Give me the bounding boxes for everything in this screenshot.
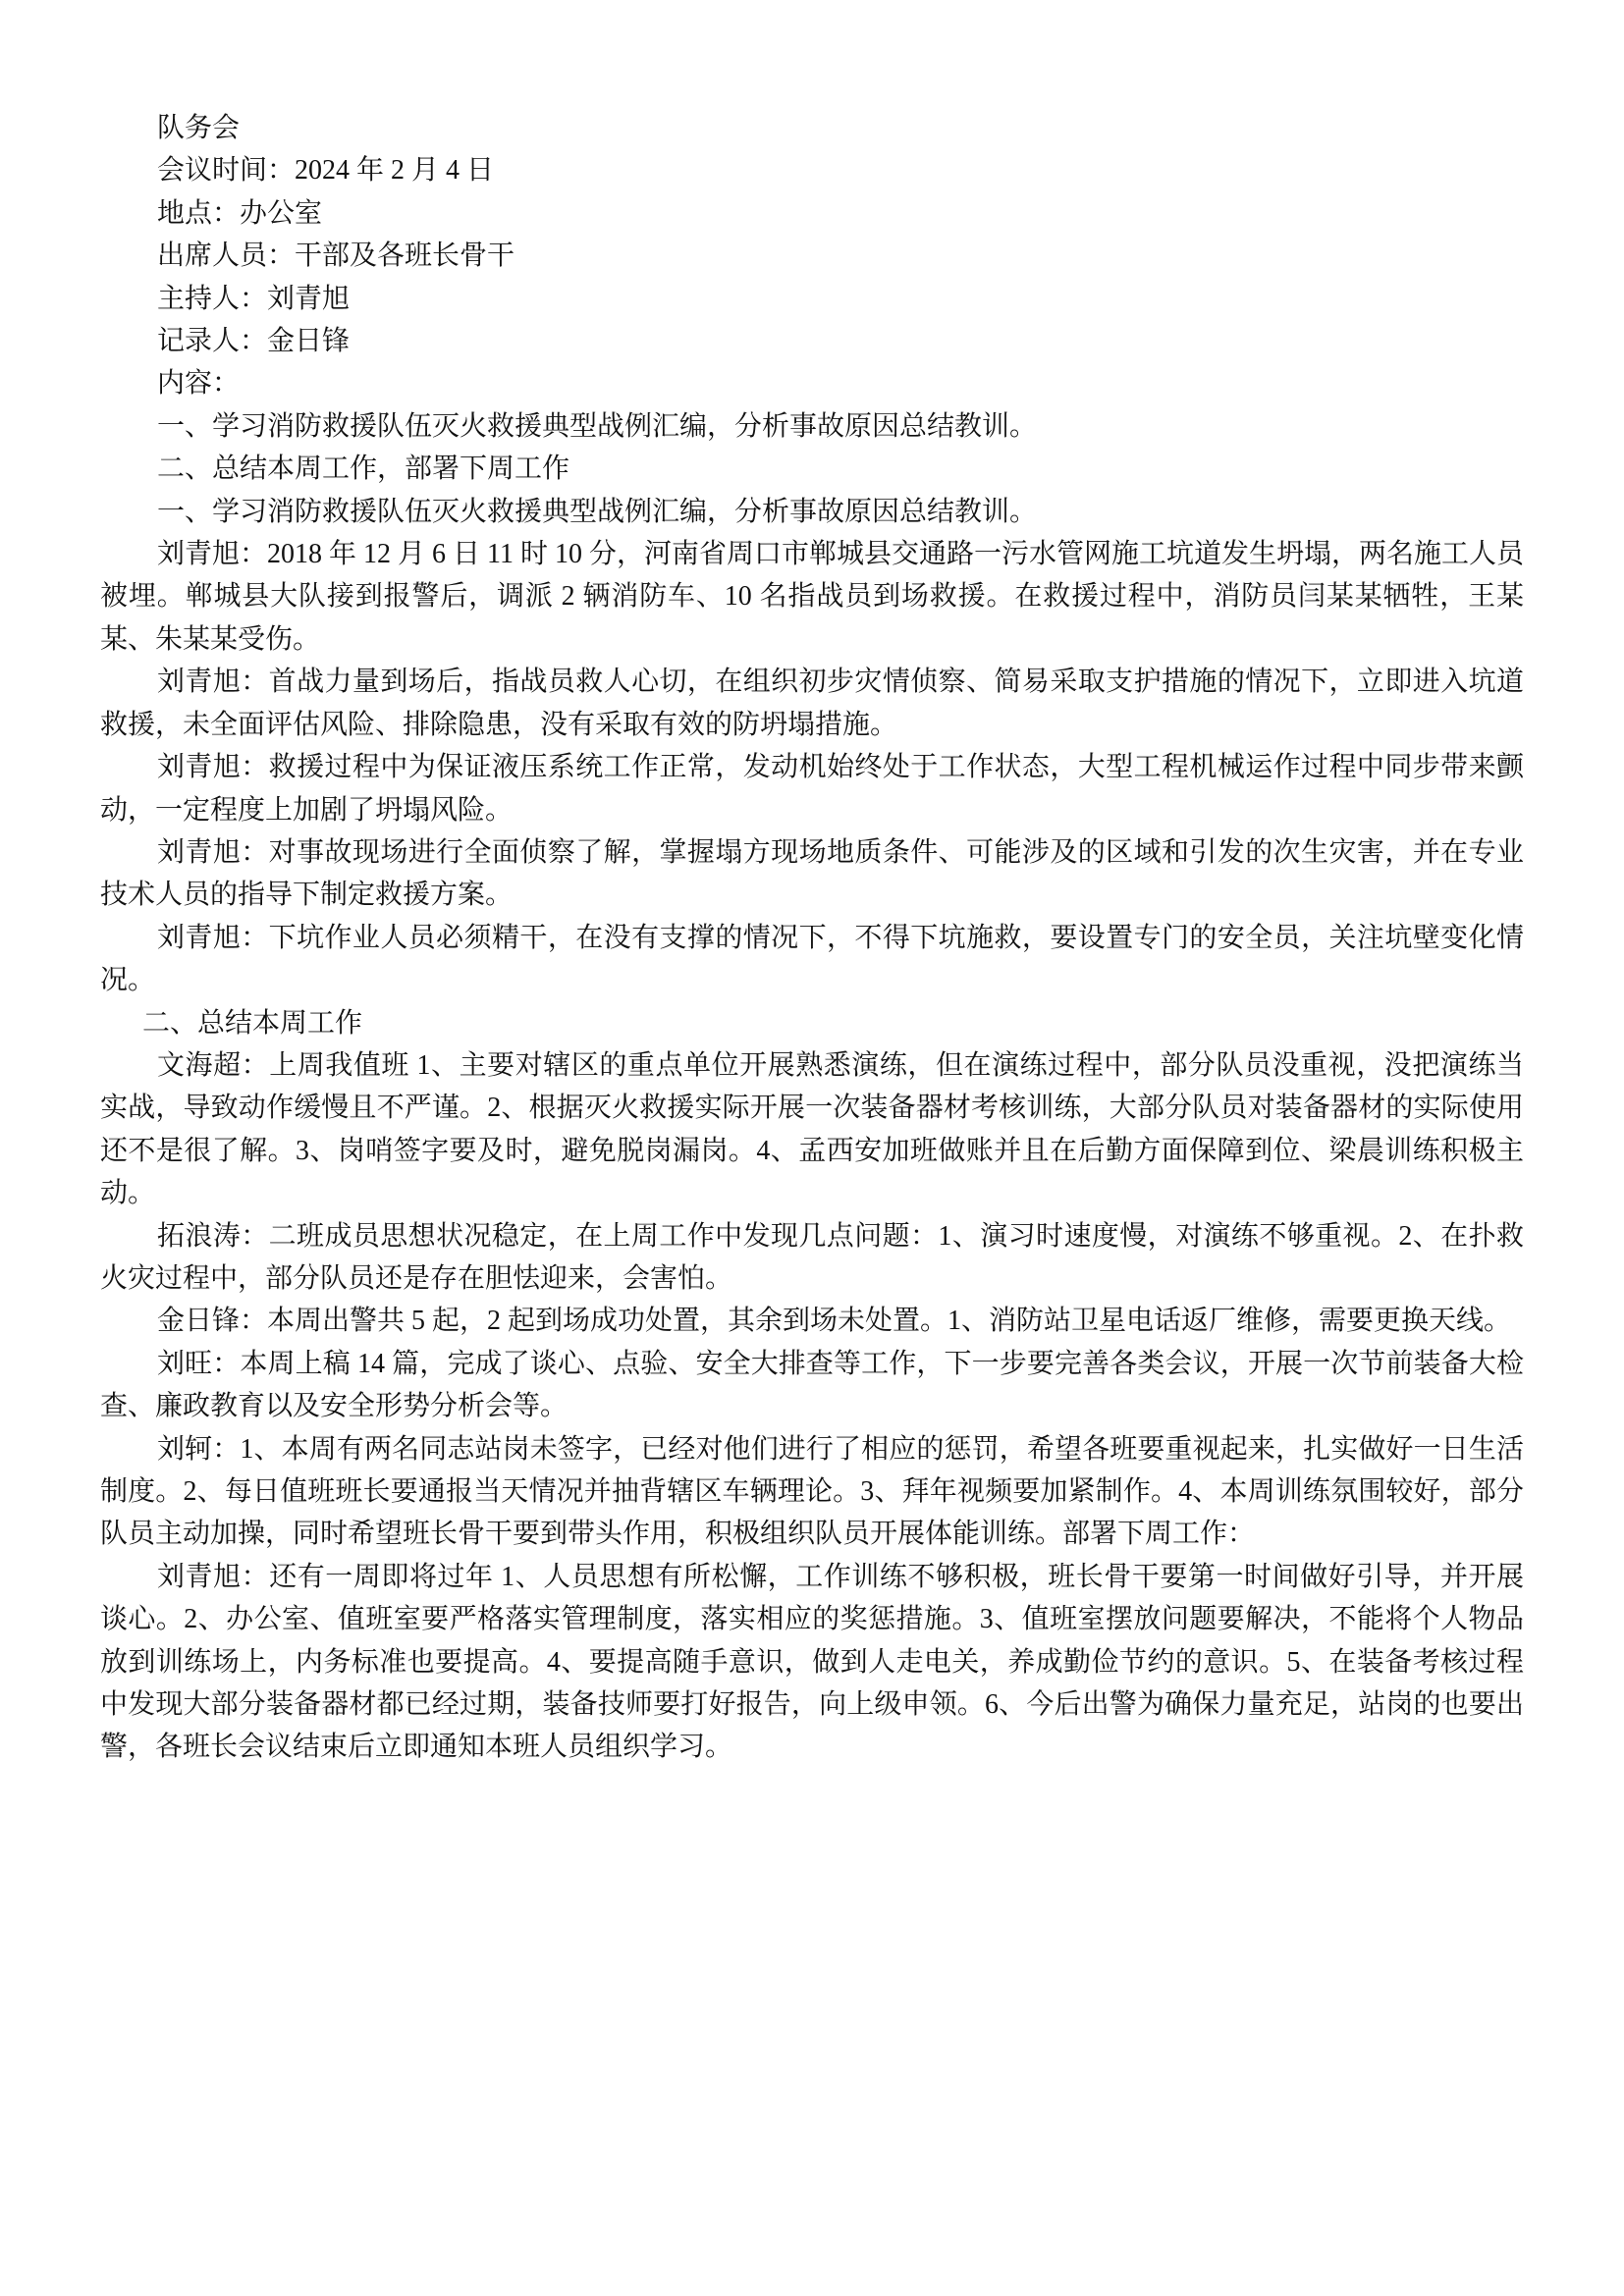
meeting-attendees: 出席人员：干部及各班长骨干	[100, 235, 1524, 277]
section-2-paragraph: 刘旺：本周上稿 14 篇，完成了谈心、点验、安全大排查等工作，下一步要完善各类会…	[100, 1343, 1524, 1428]
agenda-item-1: 一、学习消防救援队伍灭火救援典型战例汇编，分析事故原因总结教训。	[100, 405, 1524, 448]
document-page: 队务会 会议时间：2024 年 2 月 4 日 地点：办公室 出席人员：干部及各…	[100, 107, 1524, 1769]
section-1-paragraph: 刘青旭：对事故现场进行全面侦察了解，掌握塌方现场地质条件、可能涉及的区域和引发的…	[100, 831, 1524, 917]
meeting-recorder: 记录人：金日锋	[100, 320, 1524, 362]
section-1-paragraph: 刘青旭：下坑作业人员必须精干，在没有支撑的情况下，不得下坑施救，要设置专门的安全…	[100, 917, 1524, 1002]
meeting-host: 主持人：刘青旭	[100, 278, 1524, 320]
agenda-item-2: 二、总结本周工作，部署下周工作	[100, 448, 1524, 490]
section-1-paragraph: 刘青旭：首战力量到场后，指战员救人心切，在组织初步灾情侦察、简易采取支护措施的情…	[100, 661, 1524, 746]
section-2-paragraph: 刘轲：1、本周有两名同志站岗未签字，已经对他们进行了相应的惩罚，希望各班要重视起…	[100, 1428, 1524, 1556]
section-1-paragraph: 刘青旭：救援过程中为保证液压系统工作正常，发动机始终处于工作状态，大型工程机械运…	[100, 746, 1524, 831]
section-2-paragraph: 刘青旭：还有一周即将过年 1、人员思想有所松懈，工作训练不够积极，班长骨干要第一…	[100, 1556, 1524, 1769]
section-2-paragraph: 金日锋：本周出警共 5 起，2 起到场成功处置，其余到场未处置。1、消防站卫星电…	[100, 1300, 1524, 1342]
content-label: 内容：	[100, 362, 1524, 404]
meeting-time: 会议时间：2024 年 2 月 4 日	[100, 149, 1524, 191]
section-1-paragraph: 刘青旭：2018 年 12 月 6 日 11 时 10 分，河南省周口市郸城县交…	[100, 533, 1524, 661]
meeting-location: 地点：办公室	[100, 192, 1524, 235]
section-2-paragraph: 文海超：上周我值班 1、主要对辖区的重点单位开展熟悉演练，但在演练过程中，部分队…	[100, 1044, 1524, 1215]
section-2-heading: 二、总结本周工作	[100, 1002, 1524, 1044]
section-2-paragraph: 拓浪涛：二班成员思想状况稳定，在上周工作中发现几点问题：1、演习时速度慢，对演练…	[100, 1215, 1524, 1301]
document-title: 队务会	[100, 107, 1524, 149]
section-1-heading: 一、学习消防救援队伍灭火救援典型战例汇编，分析事故原因总结教训。	[100, 491, 1524, 533]
